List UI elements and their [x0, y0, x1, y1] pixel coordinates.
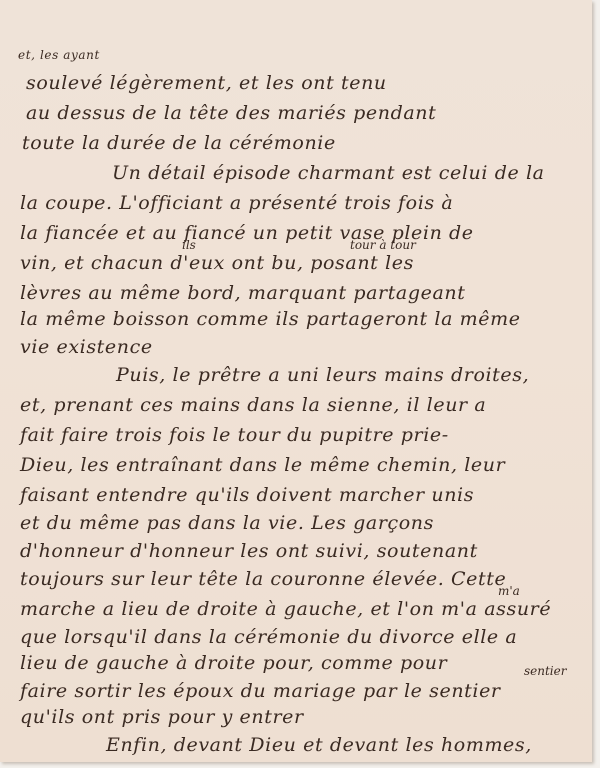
interlinear-insertion: m'a: [498, 584, 520, 598]
handwritten-line: qu'ils ont pris pour y entrer: [20, 706, 304, 728]
handwritten-line: Enfin, devant Dieu et devant les hommes,: [106, 734, 532, 756]
handwritten-line: et, les ayant: [18, 48, 100, 62]
handwritten-line: Un détail épisode charmant est celui de …: [112, 162, 545, 184]
handwritten-line: soulevé légèrement, et les ont tenu: [26, 72, 387, 94]
handwritten-line: vie existence: [20, 336, 153, 358]
handwritten-line: la même boisson comme ils partageront la…: [20, 308, 521, 330]
handwritten-line: faire sortir les époux du mariage par le…: [20, 680, 501, 702]
handwritten-line: Puis, le prêtre a uni leurs mains droite…: [116, 364, 529, 386]
handwritten-line: toujours sur leur tête la couronne élevé…: [20, 568, 506, 590]
interlinear-insertion: tour à tour: [350, 238, 416, 252]
handwritten-line: toute la durée de la cérémonie: [22, 132, 336, 154]
handwritten-line: que lorsqu'il dans la cérémonie du divor…: [20, 626, 517, 648]
handwritten-line: faisant entendre qu'ils doivent marcher …: [20, 484, 474, 506]
handwritten-line: au dessus de la tête des mariés pendant: [26, 102, 436, 124]
interlinear-insertion: ils: [182, 238, 196, 252]
handwritten-line: et, prenant ces mains dans la sienne, il…: [20, 394, 486, 416]
handwritten-line: d'honneur d'honneur les ont suivi, soute…: [20, 540, 478, 562]
letter-page: et, les ayant soulevé légèrement, et les…: [0, 0, 592, 762]
handwritten-line: marche a lieu de droite à gauche, et l'o…: [20, 598, 551, 620]
handwritten-line: vin, et chacun d'eux ont bu, posant les: [20, 252, 414, 274]
handwritten-line: Dieu, les entraînant dans le même chemin…: [20, 454, 505, 476]
handwritten-line: fait faire trois fois le tour du pupitre…: [20, 424, 449, 446]
handwritten-line: et du même pas dans la vie. Les garçons: [20, 512, 434, 534]
handwritten-line: lieu de gauche à droite pour, comme pour: [20, 652, 447, 674]
handwritten-line: lèvres au même bord, marquant partageant: [20, 282, 465, 304]
interlinear-insertion: sentier: [524, 664, 567, 678]
handwritten-line: la coupe. L'officiant a présenté trois f…: [20, 192, 453, 214]
